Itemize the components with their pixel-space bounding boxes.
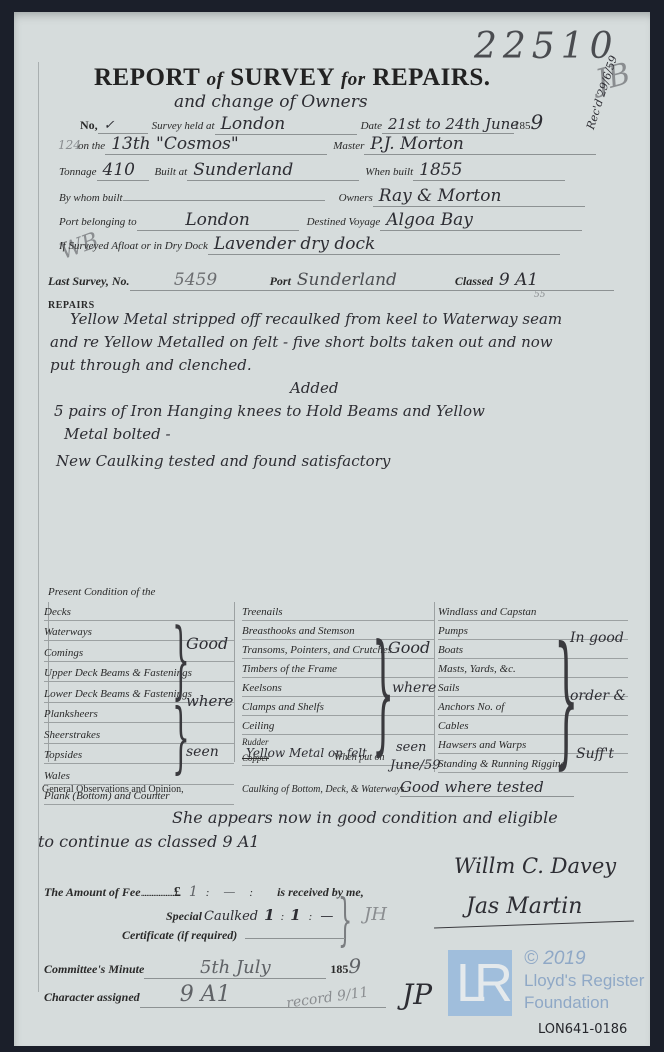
repairs-line-2: and re Yellow Metalled on felt - five sh…: [50, 331, 650, 354]
equipment-note-order: order &: [570, 688, 626, 704]
on-the-label: on the: [78, 140, 105, 152]
subtitle-change-of-owners: and change of Owners: [174, 92, 368, 112]
committee-year-suffix: 9: [348, 954, 361, 978]
opinion-line-2: to continue as classed 9 A1: [38, 832, 259, 851]
archive-reference: LON641-0186: [538, 1022, 627, 1037]
lloyds-register-watermark: L R © 2019 Lloyd's Register Foundation: [448, 950, 644, 1016]
owners-label: Owners: [339, 192, 373, 204]
surveyed-afloat-label: If Surveyed Afloat or in Dry Dock: [59, 240, 208, 252]
master-label: Master: [333, 140, 364, 152]
committee-minute-label: Committee's Minute: [44, 962, 144, 977]
row-last-survey: Last Survey, No. 5459 Port Sunderland Cl…: [48, 270, 538, 291]
by-whom-built-value: [123, 200, 325, 201]
title-repairs: REPAIRS.: [372, 64, 490, 91]
copyright-text: © 2019: [524, 948, 644, 970]
date-value: 21st to 24th June: [382, 115, 514, 134]
watermark-text: © 2019 Lloyd's Register Foundation: [524, 950, 644, 1014]
signature-flourish: [434, 921, 634, 929]
condition-item: Masts, Yards, &c.: [438, 659, 628, 678]
condition-item: Windlass and Capstan: [438, 602, 628, 621]
when-built-value: 1855: [413, 160, 565, 181]
repairs-text: Yellow Metal stripped off recaulked from…: [50, 308, 650, 473]
fee-separator: :: [309, 911, 313, 923]
org-line-1: Lloyd's Register: [524, 970, 644, 992]
logo-letter-r: R: [474, 956, 513, 1010]
frame-note-where: where: [392, 680, 436, 696]
row-fee: The Amount of Fee ................... £ …: [44, 884, 364, 901]
repairs-line-1: Yellow Metal stripped off recaulked from…: [50, 308, 650, 331]
fee-label: The Amount of Fee: [44, 885, 141, 900]
tonnage-label: Tonnage: [59, 166, 97, 178]
special-label: Special: [166, 909, 202, 924]
row-vessel: 124 on the 13th "Cosmos" Master P.J. Mor…: [58, 134, 596, 155]
built-at-label: Built at: [155, 166, 188, 178]
when-put-on-value: June/59: [390, 758, 441, 773]
condition-note-where: where: [186, 692, 233, 710]
row-tonnage: Tonnage 410 Built at Sunderland When bui…: [59, 160, 565, 181]
row-builder-owners: By whom built Owners Ray & Morton: [59, 186, 585, 207]
condition-item: Treenails: [242, 602, 434, 621]
caulking-label: Caulking of Bottom, Deck, & Waterways.: [242, 784, 407, 795]
column-divider: [234, 602, 235, 762]
opinion-line-1: She appears now in good condition and el…: [172, 808, 558, 827]
frame-note-good: Good: [388, 638, 430, 657]
condition-item: Ceiling: [242, 716, 434, 735]
port-belonging-label: Port belonging to: [59, 216, 137, 228]
year-suffix: 9: [531, 110, 544, 134]
equipment-note-sufft: Suff't: [576, 746, 614, 762]
title-of: of: [207, 69, 224, 90]
classed-label: Classed: [455, 274, 493, 289]
added-heading: Added: [50, 377, 650, 400]
built-at-value: Sunderland: [187, 160, 359, 181]
condition-item: Wales: [44, 764, 234, 785]
fee-separator: :: [281, 911, 285, 923]
by-whom-built-label: By whom built: [59, 192, 123, 204]
present-condition-heading: Present Condition of the: [48, 586, 155, 598]
certificate-label: Certificate (if required): [122, 928, 237, 943]
certificate-line: [245, 938, 345, 939]
classed-note: 55: [534, 290, 545, 300]
last-survey-value: 5459: [130, 270, 262, 291]
fee-pounds: 1: [189, 884, 198, 900]
brace-icon: }: [338, 888, 352, 953]
year-prefix: 185: [514, 120, 531, 132]
condition-item: Decks: [44, 600, 234, 621]
fee-shillings: —: [223, 885, 235, 899]
committee-minute-value: 5th July: [144, 957, 326, 979]
fee-separator: :: [249, 887, 253, 899]
surveyor-signature-1: Willm C. Davey: [454, 854, 616, 878]
survey-held-value: London: [215, 114, 357, 135]
receipt-initials: JH: [364, 904, 387, 925]
org-line-2: Foundation: [524, 992, 644, 1014]
owners-value: Ray & Morton: [373, 186, 585, 207]
caulking-value: Good where tested: [400, 778, 574, 797]
condition-item: Timbers of the Frame: [242, 659, 434, 678]
no-value: ✓: [98, 118, 148, 134]
condition-note-good: Good: [186, 634, 228, 653]
page-title: REPORT of SURVEY for REPAIRS.: [94, 64, 491, 92]
condition-item: Upper Deck Beams & Fastenings: [44, 662, 234, 683]
committee-initials: JP: [402, 978, 432, 1011]
no-label: No,: [80, 118, 98, 133]
vessel-name-value: 13th "Cosmos": [105, 134, 327, 155]
fee-separator: :: [206, 887, 210, 899]
condition-item: Sheerstrakes: [44, 723, 234, 744]
frame-note-seen: seen: [396, 740, 426, 755]
special-pence: —: [320, 909, 333, 924]
row-survey-held: No, ✓ Survey held at London Date 21st to…: [80, 110, 543, 135]
margin-rule: [38, 62, 39, 992]
destined-voyage-label: Destined Voyage: [307, 216, 381, 228]
lr-logo-icon: L R: [448, 950, 512, 1016]
row-dry-dock: If Surveyed Afloat or in Dry Dock Lavend…: [59, 234, 560, 255]
last-survey-rule: [194, 290, 614, 291]
equipment-note-in-good: In good: [570, 630, 624, 646]
surveyor-signature-2: Jas Martin: [466, 894, 582, 919]
special-pounds: 1: [264, 906, 274, 924]
special-note: Caulked: [204, 909, 258, 924]
character-assigned-label: Character assigned: [44, 990, 140, 1005]
repairs-final-line: New Caulking tested and found satisfacto…: [50, 450, 650, 473]
vessel-prefix-note: 124: [58, 138, 78, 152]
serial-number: 22510: [474, 26, 619, 67]
condition-note-seen: seen: [186, 744, 219, 760]
survey-report-page: 22510 JB Rec'd 29/6/59 WB REPORT of SURV…: [14, 12, 650, 1046]
row-certificate: Certificate (if required): [122, 928, 345, 943]
title-for: for: [341, 69, 366, 90]
tonnage-value: 410: [97, 160, 149, 181]
fee-currency: £: [174, 885, 181, 901]
last-survey-port-value: Sunderland: [291, 270, 453, 291]
destined-voyage-value: Algoa Bay: [380, 210, 582, 231]
condition-item: Cables: [438, 716, 628, 735]
title-survey: SURVEY: [230, 64, 334, 91]
port-belonging-value: London: [137, 210, 299, 231]
repairs-line-3: put through and clenched.: [50, 354, 650, 377]
classed-value: 9 A1: [499, 270, 538, 290]
added-line-1: 5 pairs of Iron Hanging knees to Hold Be…: [50, 400, 650, 423]
survey-held-label: Survey held at: [152, 120, 215, 132]
copper-value: Yellow Metal on felt: [246, 746, 367, 760]
date-label: Date: [361, 120, 382, 132]
port-label: Port: [270, 274, 291, 289]
surveyed-afloat-value: Lavender dry dock: [208, 234, 560, 255]
row-special-fee: Special Caulked 1 : 1 : —: [166, 906, 333, 924]
last-survey-label: Last Survey, No.: [48, 274, 130, 289]
special-shillings: 1: [290, 906, 300, 924]
title-report: REPORT: [94, 64, 200, 91]
fee-dots: ...................: [141, 887, 174, 899]
row-committee-minute: Committee's Minute 5th July 185 9: [44, 954, 361, 979]
condition-item: Clamps and Shelfs: [242, 697, 434, 716]
observations-label: General Observations and Opinion,: [42, 784, 184, 795]
master-value: P.J. Morton: [364, 134, 596, 155]
when-built-label: When built: [365, 166, 413, 178]
added-line-2: Metal bolted -: [50, 423, 650, 446]
committee-year-prefix: 185: [330, 962, 348, 977]
row-port-voyage: Port belonging to London Destined Voyage…: [59, 210, 582, 231]
